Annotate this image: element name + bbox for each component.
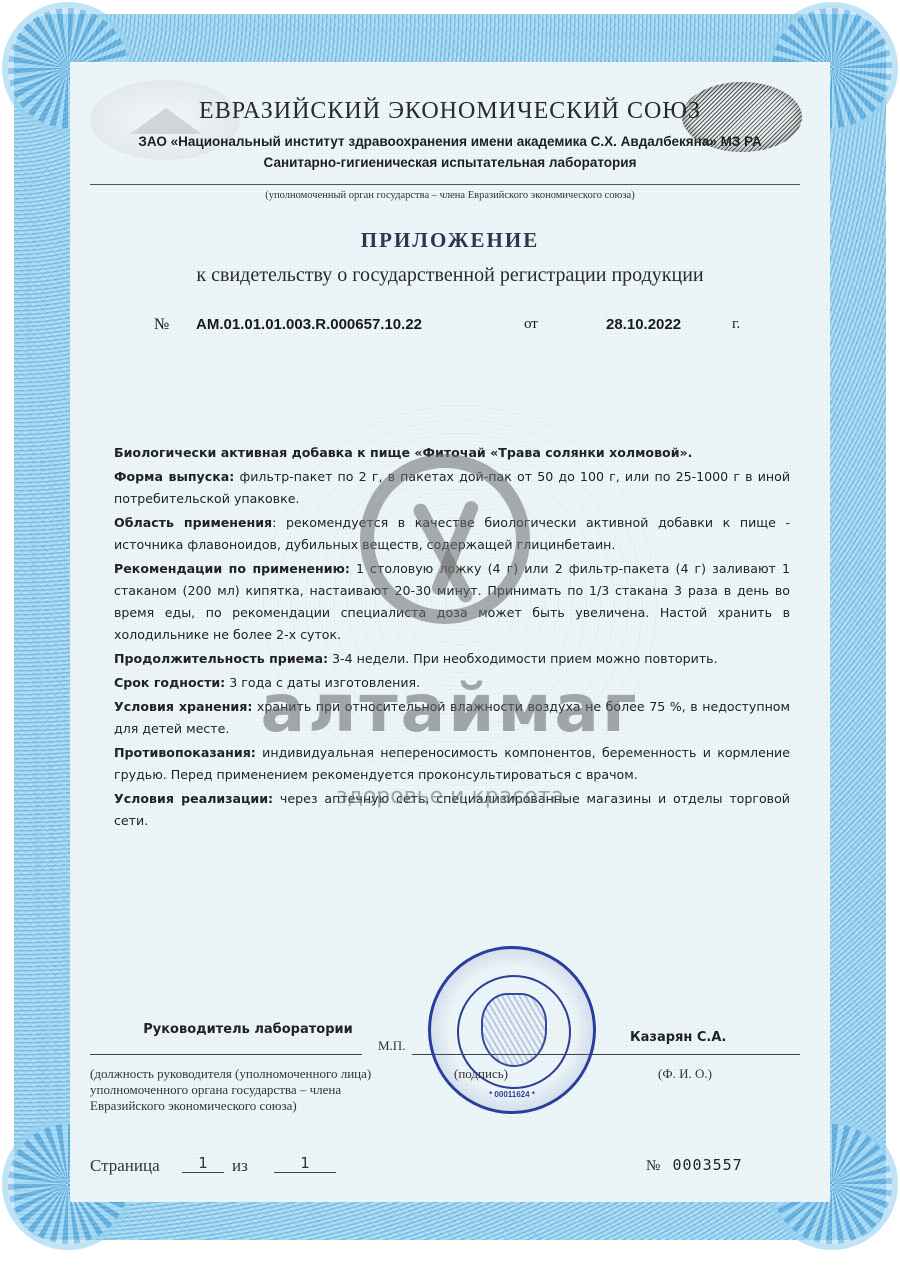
- number-sign: №: [154, 316, 169, 334]
- form-serial: № 0003557: [646, 1156, 743, 1175]
- document-title: ПРИЛОЖЕНИЕ: [70, 228, 830, 253]
- stamp-code: * 00011624 *: [431, 1090, 593, 1099]
- section-contraindications: Противопоказания: индивидуальная неперен…: [114, 742, 790, 786]
- watermark-tagline: здоровье и красота: [220, 784, 680, 809]
- name-line: [598, 1054, 800, 1055]
- page-indicator: Страница 1 из 1: [90, 1154, 390, 1178]
- document-subtitle: к свидетельству о государственной регист…: [70, 264, 830, 287]
- certificate-page: ЕВРАЗИЙСКИЙ ЭКОНОМИЧЕСКИЙ СОЮЗ ЗАО «Наци…: [70, 62, 830, 1202]
- year-suffix: г.: [732, 316, 740, 333]
- serial-sign: №: [646, 1158, 660, 1174]
- page-total: 1: [274, 1154, 336, 1173]
- signatory-position: Руководитель лаборатории: [128, 1022, 368, 1037]
- position-line: [90, 1054, 362, 1055]
- coat-of-arms-icon: [481, 993, 547, 1067]
- laboratory-name: Санитарно-гигиеническая испытательная ла…: [70, 155, 830, 170]
- watermark-brand: алтаймаг: [220, 670, 680, 747]
- watermark-tree-logo-icon: [360, 454, 530, 624]
- registration-date: 28.10.2022: [606, 316, 681, 333]
- serial-number: 0003557: [672, 1156, 742, 1174]
- registration-row: № AM.01.01.01.003.R.000657.10.22 от 28.1…: [154, 316, 754, 340]
- institute-name: ЗАО «Национальный институт здравоохранен…: [70, 134, 830, 149]
- section-duration: Продолжительность приема: 3-4 недели. Пр…: [114, 648, 790, 670]
- signatory-name: Казарян С.А.: [630, 1030, 726, 1045]
- registration-number: AM.01.01.01.003.R.000657.10.22: [196, 316, 422, 333]
- header-divider: [90, 184, 800, 185]
- union-title: ЕВРАЗИЙСКИЙ ЭКОНОМИЧЕСКИЙ СОЮЗ: [70, 98, 830, 125]
- fio-caption: (Ф. И. О.): [658, 1066, 712, 1082]
- of-label: из: [232, 1156, 248, 1176]
- from-label: от: [524, 316, 538, 333]
- authority-note: (уполномоченный орган государства – член…: [70, 190, 830, 201]
- position-caption: (должность руководителя (уполномоченного…: [90, 1066, 380, 1114]
- page-current: 1: [182, 1154, 224, 1173]
- stamp-place-label: М.П.: [378, 1038, 405, 1054]
- official-stamp-icon: * 00011624 *: [428, 946, 596, 1114]
- page-label: Страница: [90, 1156, 160, 1176]
